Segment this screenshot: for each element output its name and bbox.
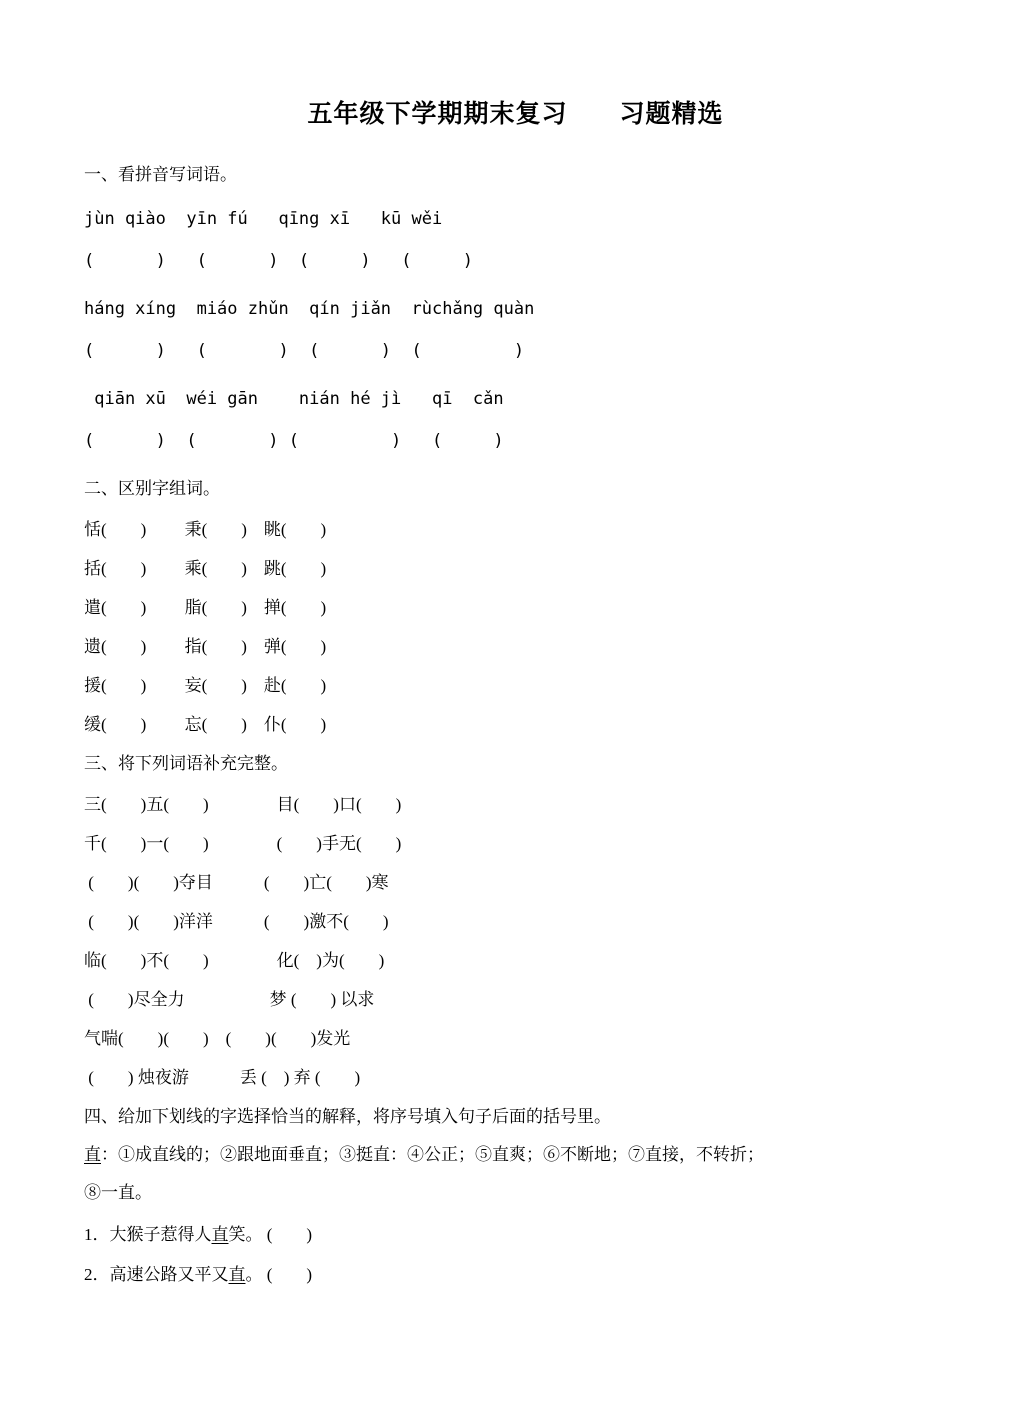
idiom-completion-line: ( )尽全力 梦 ( ) 以求 — [84, 989, 947, 1011]
char-pair-row: 遣( ) 脂( ) 掸( ) — [84, 597, 947, 619]
worksheet-page: 五年级下学期期末复习 习题精选 一、看拼音写词语。 jùn qiào yīn f… — [0, 0, 1023, 1404]
section-1-heading: 一、看拼音写词语。 — [84, 164, 947, 186]
sentence-prefix: 1．大猴子惹得人 — [84, 1225, 212, 1244]
pinyin-line: jùn qiào yīn fú qīng xī kū wěi — [84, 208, 947, 230]
answer-blanks-line: ( ) ( ) ( ) ( ) — [84, 250, 947, 272]
sentence-line: 1．大猴子惹得人直笑。 ( ) — [84, 1224, 947, 1246]
sentence-line: 2．高速公路又平又直。 ( ) — [84, 1264, 947, 1286]
page-title: 五年级下学期期末复习 习题精选 — [84, 98, 947, 132]
definition-line: 直：①成直线的；②跟地面垂直；③挺直：④公正；⑤直爽；⑥不断地；⑦直接，不转折； — [84, 1144, 947, 1166]
section-2-heading: 二、区别字组词。 — [84, 478, 947, 500]
idiom-completion-line: 千( )一( ) ( )手无( ) — [84, 833, 947, 855]
pinyin-group: háng xíng miáo zhǔn qín jiǎn rùchǎng quà… — [84, 298, 947, 362]
pinyin-group: qiān xū wéi gān nián hé jì qī cǎn ( ) ( … — [84, 388, 947, 452]
char-pair-row: 恬( ) 秉( ) 眺( ) — [84, 519, 947, 541]
section-4-heading: 四、给加下划线的字选择恰当的解释，将序号填入句子后面的括号里。 — [84, 1106, 947, 1128]
idiom-completion-line: ( )( )夺目 ( )亡( )寒 — [84, 872, 947, 894]
definition-continuation: ⑧一直。 — [84, 1182, 947, 1204]
sentence-prefix: 2．高速公路又平又 — [84, 1265, 229, 1284]
char-pair-row: 括( ) 乘( ) 跳( ) — [84, 558, 947, 580]
underlined-char: 直 — [212, 1225, 229, 1244]
sentence-suffix: 。 ( ) — [246, 1265, 313, 1284]
pinyin-line: háng xíng miáo zhǔn qín jiǎn rùchǎng quà… — [84, 298, 947, 320]
pinyin-line: qiān xū wéi gān nián hé jì qī cǎn — [84, 388, 947, 410]
idiom-completion-line: 气喘( )( ) ( )( )发光 — [84, 1028, 947, 1050]
answer-blanks-line: ( ) ( ) ( ) ( ) — [84, 340, 947, 362]
underlined-char: 直 — [84, 1145, 101, 1164]
definition-options: ：①成直线的；②跟地面垂直；③挺直：④公正；⑤直爽；⑥不断地；⑦直接，不转折； — [101, 1145, 764, 1164]
idiom-completion-line: 三( )五( ) 目( )口( ) — [84, 794, 947, 816]
char-pair-row: 遗( ) 指( ) 弹( ) — [84, 636, 947, 658]
sentence-suffix: 笑。 ( ) — [229, 1225, 313, 1244]
section-3-heading: 三、将下列词语补充完整。 — [84, 753, 947, 775]
answer-blanks-line: ( ) ( ) ( ) ( ) — [84, 430, 947, 452]
pinyin-group: jùn qiào yīn fú qīng xī kū wěi ( ) ( ) (… — [84, 208, 947, 272]
char-pair-row: 缓( ) 忘( ) 仆( ) — [84, 714, 947, 736]
idiom-completion-line: ( )( )洋洋 ( )激不( ) — [84, 911, 947, 933]
char-pair-row: 援( ) 妄( ) 赴( ) — [84, 675, 947, 697]
idiom-completion-line: 临( )不( ) 化( )为( ) — [84, 950, 947, 972]
underlined-char: 直 — [229, 1265, 246, 1284]
idiom-completion-line: ( ) 烛夜游 丢 ( ) 弃 ( ) — [84, 1067, 947, 1089]
